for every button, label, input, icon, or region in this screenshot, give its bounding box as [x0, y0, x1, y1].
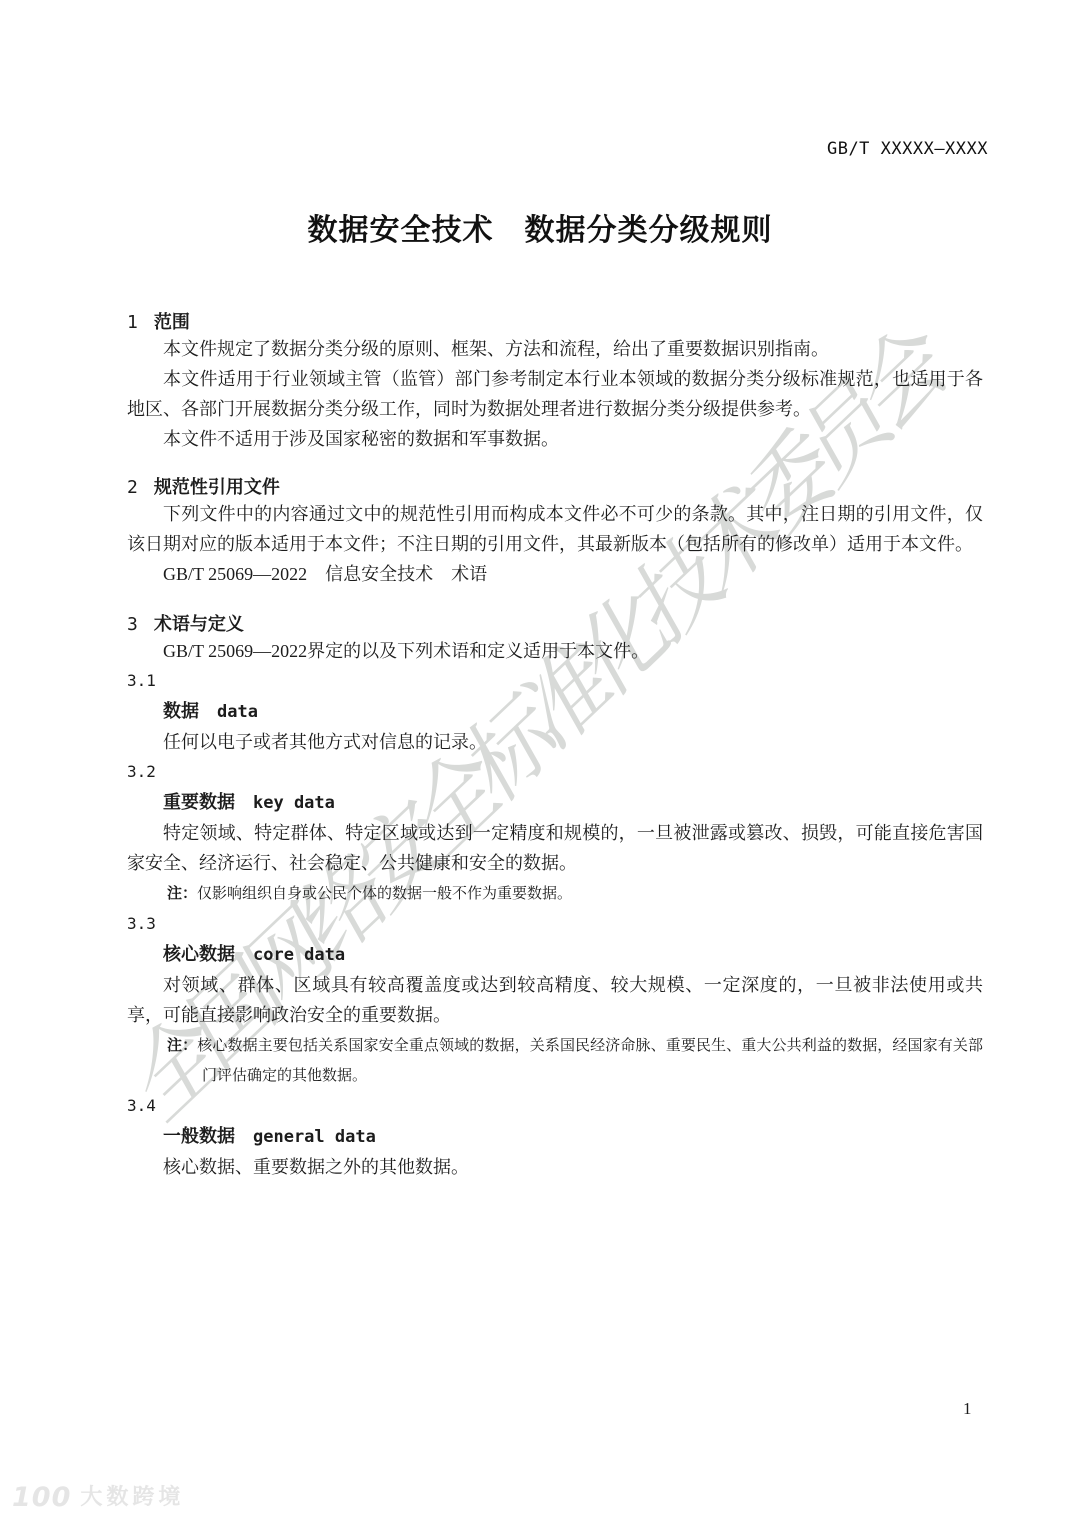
section-number: 2: [127, 477, 138, 498]
term-note: 注：仅影响组织自身或公民个体的数据一般不作为重要数据。: [127, 878, 983, 909]
note-label: 注：: [167, 1036, 197, 1054]
term-zh: 数据: [163, 701, 199, 722]
term-line: 核心数据core data: [127, 939, 983, 970]
section-heading-text: 规范性引用文件: [154, 477, 280, 498]
clause-number: 3.2: [127, 757, 983, 787]
term-en: core data: [253, 945, 345, 965]
paragraph: 本文件适用于行业领域主管（监管）部门参考制定本行业本领域的数据分类分级标准规范，…: [127, 364, 983, 424]
section-heading-terms-definitions: 3术语与定义: [127, 614, 983, 636]
clause-number: 3.4: [127, 1091, 983, 1121]
section-number: 3: [127, 614, 138, 635]
paragraph: 本文件不适用于涉及国家秘密的数据和军事数据。: [127, 424, 983, 454]
paragraph: GB/T 25069—2022界定的以及下列术语和定义适用于本文件。: [127, 636, 983, 666]
note-label: 注：: [167, 884, 197, 902]
term-definition: 特定领域、特定群体、特定区域或达到一定精度和规模的，一旦被泄露或篡改、损毁，可能…: [127, 818, 983, 878]
term-zh: 核心数据: [163, 944, 235, 965]
clause-number: 3.1: [127, 666, 983, 696]
term-note: 注：核心数据主要包括关系国家安全重点领域的数据，关系国民经济命脉、重要民生、重大…: [127, 1030, 983, 1091]
term-en: data: [217, 702, 258, 722]
paragraph: 本文件规定了数据分类分级的原则、框架、方法和流程，给出了重要数据识别指南。: [127, 334, 983, 364]
term-line: 数据data: [127, 696, 983, 727]
term-definition: 任何以电子或者其他方式对信息的记录。: [127, 727, 983, 757]
logo-watermark: 100 大数跨境: [12, 1484, 184, 1511]
note-text: 核心数据主要包括关系国家安全重点领域的数据，关系国民经济命脉、重要民生、重大公共…: [197, 1038, 983, 1084]
page-number: 1: [963, 1397, 972, 1421]
paragraph: 下列文件中的内容通过文中的规范性引用而构成本文件必不可少的条款。其中，注日期的引…: [127, 499, 983, 559]
term-en: general data: [253, 1127, 376, 1147]
logo-100-icon: 100: [12, 1484, 71, 1511]
term-definition: 对领域、群体、区域具有较高覆盖度或达到较高精度、较大规模、一定深度的，一旦被非法…: [127, 970, 983, 1030]
term-en: key data: [253, 793, 335, 813]
note-text: 仅影响组织自身或公民个体的数据一般不作为重要数据。: [197, 886, 572, 902]
section-heading-text: 术语与定义: [154, 614, 244, 635]
document-page: 全国网络安全标准化技术委员会 GB/T XXXXX—XXXX 数据安全技术 数据…: [0, 0, 1080, 1526]
clause-number: 3.3: [127, 909, 983, 939]
term-line: 重要数据key data: [127, 787, 983, 818]
reference-entry: GB/T 25069—2022 信息安全技术 术语: [127, 559, 983, 589]
logo-watermark-text: 大数跨境: [80, 1486, 184, 1510]
section-heading-scope: 1范围: [127, 312, 983, 334]
term-definition: 核心数据、重要数据之外的其他数据。: [127, 1152, 983, 1182]
section-heading-normative-references: 2规范性引用文件: [127, 477, 983, 499]
term-zh: 重要数据: [163, 792, 235, 813]
document-body: 1范围 本文件规定了数据分类分级的原则、框架、方法和流程，给出了重要数据识别指南…: [127, 0, 983, 1182]
section-number: 1: [127, 312, 138, 333]
section-heading-text: 范围: [154, 312, 190, 333]
term-zh: 一般数据: [163, 1126, 235, 1147]
term-line: 一般数据general data: [127, 1121, 983, 1152]
